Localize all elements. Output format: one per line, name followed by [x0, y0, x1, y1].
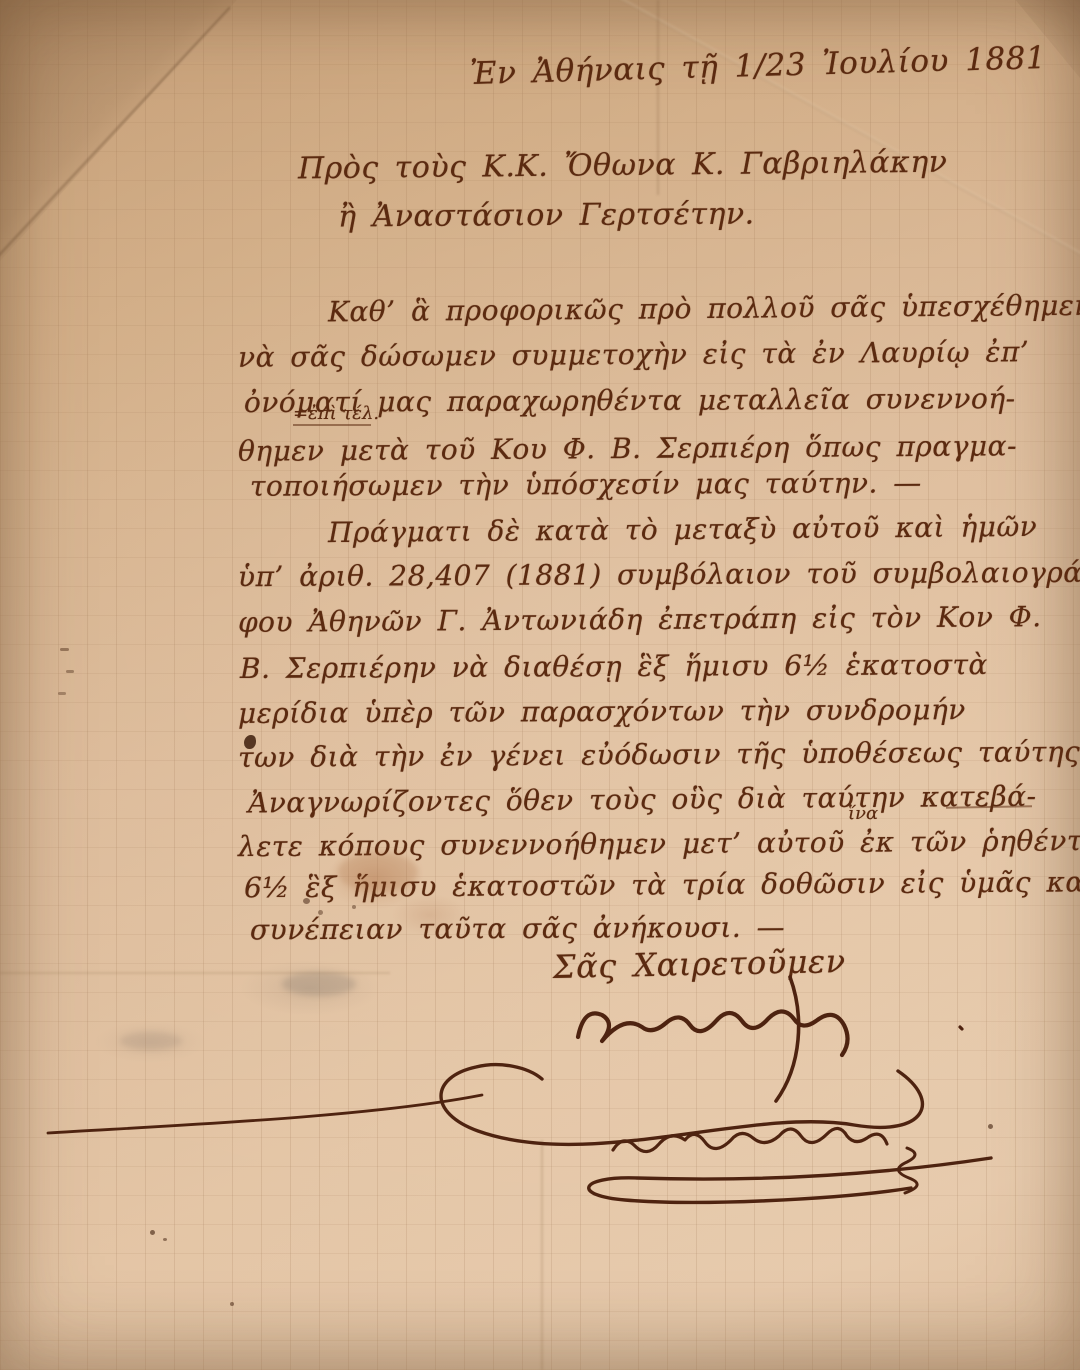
ink-speck	[318, 910, 323, 915]
body-line: μερίδια ὑπὲρ τῶν παρασχόντων τὴν συνδρομ…	[238, 693, 966, 730]
ink-speck	[303, 898, 310, 904]
recipient-line-1: Πρὸς τοὺς Κ.Κ. Ὄθωνα Κ. Γαβριηλάκην	[298, 145, 948, 187]
fold-topleft-corner	[0, 0, 252, 272]
body-line: φου Ἀθηνῶν Γ. Ἀντωνιάδη ἐπετράπη εἰς τὸν…	[238, 600, 1042, 639]
dateline: Ἐν Ἀθήναις τῇ 1/23 Ἰουλίου 1881	[470, 40, 1047, 92]
body-line: νὰ σᾶς δώσωμεν συμμετοχὴν εἰς τὰ ἐν Λαυρ…	[238, 335, 1029, 374]
body-line: Ἀναγνωρίζοντες ὅθεν τοὺς οὓς διὰ ταύτην …	[248, 780, 1037, 820]
ink-offset-mark	[58, 692, 66, 695]
ink-offset-mark	[66, 670, 74, 673]
smudge-stain	[282, 972, 356, 996]
ink-speck	[230, 1302, 234, 1306]
body-line: τοποιήσωμεν τὴν ὑπόσχεσίν μας ταύτην. —	[250, 466, 922, 503]
ink-speck	[988, 1124, 993, 1129]
body-line: συνέπειαν ταῦτα σᾶς ἀνήκουσι. —	[250, 911, 785, 947]
body-line: Β. Σερπιέρην νὰ διαθέσῃ ἓξ ἥμισυ 6½ ἑκατ…	[240, 648, 988, 685]
interlinear-insertion: ἵνα	[848, 803, 878, 824]
insertion-underline-mark	[293, 424, 371, 426]
interlinear-insertion: =ἐπὶ τέλ.	[293, 403, 379, 424]
body-line: Καθ’ ἃ προφορικῶς πρὸ πολλοῦ σᾶς ὑπεσχέθ…	[328, 289, 1080, 329]
ink-speck	[352, 905, 356, 909]
body-line: ὑπ’ ἀριθ. 28,407 (1881) συμβόλαιον τοῦ σ…	[238, 556, 1080, 593]
ink-speck	[150, 1230, 155, 1235]
body-line: θημεν μετὰ τοῦ Κου Φ. Β. Σερπιέρη ὅπως π…	[238, 429, 1017, 467]
recipient-line-2: ἢ Ἀναστάσιον Γερτσέτην.	[338, 197, 755, 235]
ink-offset-mark	[60, 648, 69, 651]
body-line: Πράγματι δὲ κατὰ τὸ μεταξὺ αὐτοῦ καὶ ἡμῶ…	[328, 510, 1037, 549]
ink-speck	[163, 1238, 167, 1241]
letter-page: Ἐν Ἀθήναις τῇ 1/23 Ἰουλίου 1881 Πρὸς τοὺ…	[0, 0, 1080, 1370]
body-line: των διὰ τὴν ἐν γένει εὐόδωσιν τῆς ὑποθέσ…	[238, 735, 1080, 774]
rust-stain	[338, 852, 418, 892]
smudge-stain	[120, 1032, 182, 1050]
crease-vertical-bottom	[541, 1140, 543, 1370]
signature-secondary	[555, 1102, 1055, 1207]
